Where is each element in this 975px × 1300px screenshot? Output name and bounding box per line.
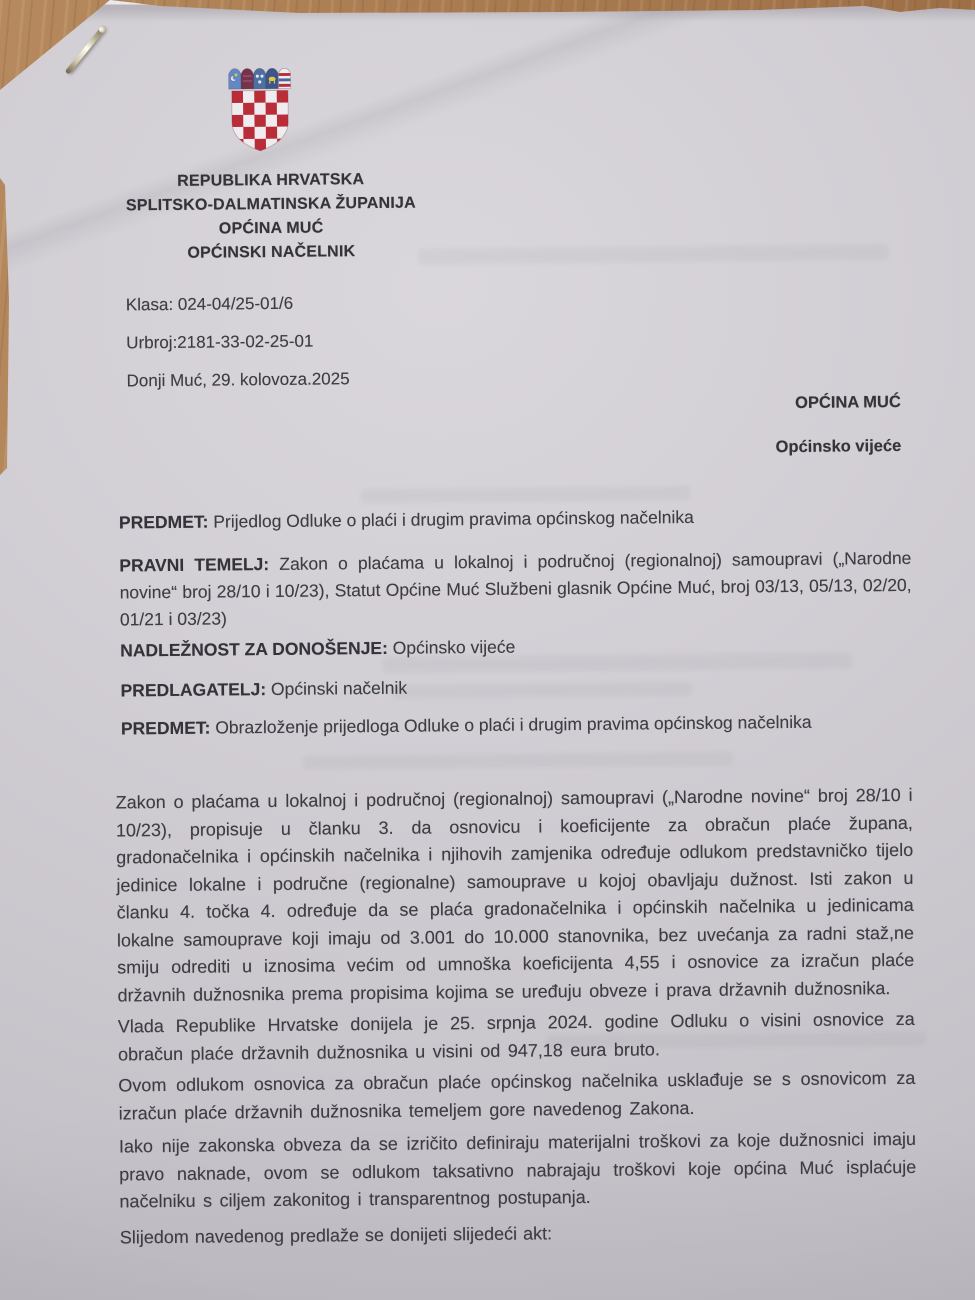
proposer-line: PREDLAGATELJ: Općinski načelnik [120,670,912,705]
croatian-coat-of-arms-icon [228,64,293,157]
header-line-county: SPLITSKO-DALMATINSKA ŽUPANIJA [110,191,432,218]
photo-of-document: { "document": { "header": { "lines": [ "… [0,0,975,1300]
subject-text: Prijedlog Odluke o plaći i drugim pravim… [208,507,694,532]
addressee-council: Općinsko vijeće [776,437,902,457]
subject2-label: PREDMET: [121,718,211,739]
subject2-text: Obrazloženje prijedloga Odluke o plaći i… [210,712,811,738]
bleed-through-smudge [418,244,888,265]
bleed-through-smudge [361,486,691,503]
header-line-municipality: OPĆINA MUĆ [110,215,432,242]
body-paragraph-1: Zakon o plaćama u lokalnoj i područnoj (… [116,782,915,1010]
dateline: Donji Muć, 29. kolovoza.2025 [126,360,349,400]
proposer-text: Općinski načelnik [266,678,407,699]
body-paragraph-4: Iako nije zakonska obveza da se izričito… [119,1126,917,1216]
klasa-line: Klasa: 024-04/25-01/6 [126,284,349,324]
legal-basis-line: PRAVNI TEMELJ: Zakon o plaćama u lokalno… [119,545,912,634]
body-paragraph-2: Vlada Republike Hrvatske donijela je 25.… [118,1006,915,1069]
institution-header: REPUBLIKA HRVATSKA SPLITSKO-DALMATINSKA … [110,167,433,266]
urbroj-line: Urbroj:2181-33-02-25-01 [126,322,349,362]
proposer-label: PREDLAGATELJ: [120,679,266,700]
bleed-through-smudge [303,752,733,770]
header-line-republic: REPUBLIKA HRVATSKA [110,167,432,194]
legal-basis-label: PRAVNI TEMELJ: [119,554,269,575]
jurisdiction-text: Općinsko vijeće [388,637,516,658]
addressee-block: OPĆINA MUĆ Općinsko vijeće [775,393,901,457]
subject-line: PREDMET: Prijedlog Odluke o plaći i drug… [119,502,911,537]
subject-label: PREDMET: [119,512,209,533]
closing-line: Slijedom navedenog predlaže se donijeti … [120,1217,917,1252]
header-line-mayor: OPĆINSKI NAČELNIK [110,239,432,266]
body-paragraph-3: Ovom odlukom osnovica za obračun plaće o… [118,1065,915,1128]
jurisdiction-label: NADLEŽNOST ZA DONOŠENJE: [120,638,388,661]
subject2-line: PREDMET: Obrazloženje prijedloga Odluke … [121,708,913,743]
addressee-municipality: OPĆINA MUĆ [775,393,901,413]
document-content: REPUBLIKA HRVATSKA SPLITSKO-DALMATINSKA … [0,0,975,1300]
classification-block: Klasa: 024-04/25-01/6 Urbroj:2181-33-02-… [126,284,350,400]
